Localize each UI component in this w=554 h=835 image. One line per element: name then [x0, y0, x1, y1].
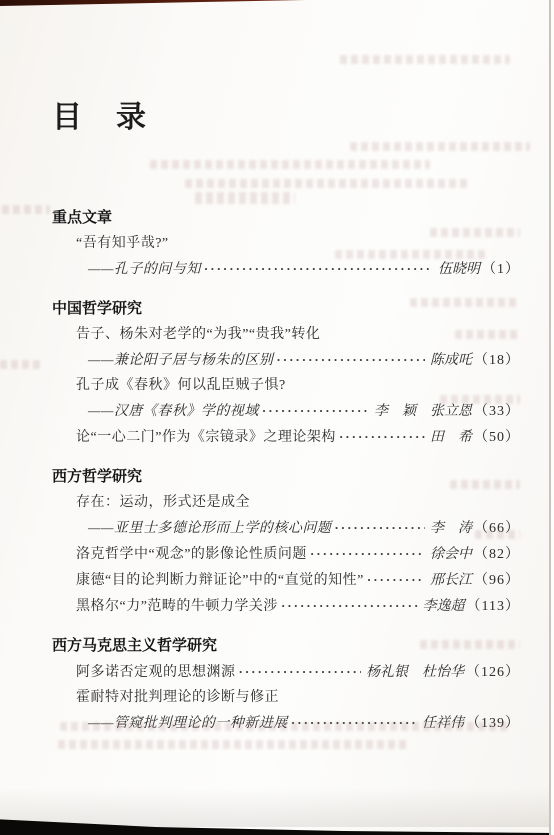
entry-title: ——兼论阳子居与杨朱的区别 [88, 348, 273, 373]
scanned-toc-page: 目 录 重点文章 “吾有知乎哉?” ——孔子的问与知 伍晓明 （1） 中国哲学研… [0, 0, 554, 835]
toc-entry: 霍耐特对批判理论的诊断与修正 [52, 685, 520, 710]
entry-title: ——汉唐《春秋》学的视域 [88, 399, 259, 424]
entry-title: ——管窥批判理论的一种新进展 [88, 711, 288, 736]
toc-entry: 孔子成《春秋》何以乱臣贼子惧? [52, 373, 520, 398]
page-edge-line [549, 0, 551, 835]
toc-entry: ——亚里士多德论形而上学的核心问题 李 涛 （66） [52, 515, 520, 541]
section-heading: 中国哲学研究 [52, 296, 520, 322]
entry-page-number: （96） [474, 568, 520, 593]
dot-leader [339, 424, 425, 450]
entry-page-number: （113） [467, 594, 520, 619]
bleedthrough-mark [185, 179, 470, 188]
toc-entry: ——兼论阳子居与杨朱的区别 陈成吒 （18） [52, 347, 520, 373]
entry-page-number: （139） [466, 711, 520, 736]
entry-authors: 徐会中 [430, 542, 472, 567]
dot-leader [262, 398, 369, 424]
entry-authors: 邢长江 [430, 568, 472, 593]
dot-leader [367, 567, 425, 593]
toc-entry: 洛克哲学中“观念”的影像论性质问题 徐会中 （82） [52, 541, 520, 567]
entry-title: ——亚里士多德论形而上学的核心问题 [88, 516, 331, 541]
toc-sections: 重点文章 “吾有知乎哉?” ——孔子的问与知 伍晓明 （1） 中国哲学研究 告子… [0, 205, 554, 736]
dot-leader [204, 256, 433, 282]
toc-entry: “吾有知乎哉?” [52, 231, 520, 256]
toc-entry: ——汉唐《春秋》学的视域 李 颖 张立恩 （33） [52, 398, 520, 424]
toc-entry: ——孔子的问与知 伍晓明 （1） [52, 256, 520, 282]
entry-title: 阿多诺否定观的思想渊源 [76, 660, 236, 685]
toc-section: 中国哲学研究 告子、杨朱对老学的“为我”“贵我”转化 ——兼论阳子居与杨朱的区别… [0, 296, 554, 450]
entry-page-number: （50） [474, 425, 520, 450]
toc-section: 重点文章 “吾有知乎哉?” ——孔子的问与知 伍晓明 （1） [0, 205, 554, 282]
toc-entry: 论“一心二门”作为《宗镜录》之理论架构 田 希 （50） [52, 424, 520, 450]
toc-entry: 康德“目的论判断力辩证论”中的“直觉的知性” 邢长江 （96） [52, 567, 520, 593]
toc-entry: 存在：运动，形式还是成全 [52, 490, 520, 515]
entry-page-number: （18） [474, 348, 520, 373]
section-entries: “吾有知乎哉?” ——孔子的问与知 伍晓明 （1） [52, 231, 520, 282]
entry-title: 洛克哲学中“观念”的影像论性质问题 [76, 542, 307, 567]
entry-authors: 田 希 [430, 425, 472, 450]
bleedthrough-mark [195, 192, 295, 204]
bleedthrough-mark [350, 142, 530, 151]
entry-page-number: （126） [466, 660, 520, 685]
toc-entry: 阿多诺否定观的思想渊源 杨礼银 杜怡华 （126） [52, 659, 520, 685]
dot-leader [276, 347, 425, 373]
toc-entry: ——管窥批判理论的一种新进展 任祥伟 （139） [52, 710, 520, 736]
bleedthrough-mark [150, 160, 430, 169]
section-heading: 重点文章 [52, 205, 520, 231]
entry-page-number: （82） [474, 542, 520, 567]
entry-authors: 李 颖 张立恩 [374, 399, 472, 424]
entry-title: 论“一心二门”作为《宗镜录》之理论架构 [76, 425, 336, 450]
entry-title: ——孔子的问与知 [88, 257, 201, 282]
dot-leader [310, 541, 425, 567]
section-entries: 阿多诺否定观的思想渊源 杨礼银 杜怡华 （126） 霍耐特对批判理论的诊断与修正… [52, 659, 520, 736]
entry-page-number: （1） [482, 257, 520, 282]
entry-title: 告子、杨朱对老学的“为我”“贵我”转化 [76, 322, 320, 347]
entry-title: “吾有知乎哉?” [76, 231, 169, 256]
toc-entry: 告子、杨朱对老学的“为我”“贵我”转化 [52, 322, 520, 347]
entry-authors: 杨礼银 杜怡华 [366, 660, 464, 685]
dot-leader [239, 659, 362, 685]
entry-authors: 任祥伟 [422, 711, 464, 736]
entry-authors: 陈成吒 [430, 348, 472, 373]
dot-leader [291, 710, 417, 736]
toc-section: 西方哲学研究 存在：运动，形式还是成全 ——亚里士多德论形而上学的核心问题 李 … [0, 464, 554, 619]
dot-leader [334, 515, 425, 541]
entry-title: 霍耐特对批判理论的诊断与修正 [76, 685, 279, 710]
entry-title: 存在：运动，形式还是成全 [76, 490, 250, 515]
entry-title: 黑格尔“力”范畴的牛顿力学关涉 [76, 594, 278, 619]
entry-authors: 李逸超 [423, 594, 465, 619]
toc-section: 西方马克思主义哲学研究 阿多诺否定观的思想渊源 杨礼银 杜怡华 （126） 霍耐… [0, 633, 554, 736]
entry-authors: 伍晓明 [438, 257, 480, 282]
entry-title: 康德“目的论判断力辩证论”中的“直觉的知性” [76, 568, 364, 593]
section-heading: 西方哲学研究 [52, 464, 520, 490]
page-title: 目 录 [0, 0, 554, 135]
entry-title: 孔子成《春秋》何以乱臣贼子惧? [76, 373, 286, 398]
section-heading: 西方马克思主义哲学研究 [52, 633, 520, 659]
page-bottom-shadow [0, 787, 554, 827]
entry-page-number: （66） [474, 516, 520, 541]
section-entries: 告子、杨朱对老学的“为我”“贵我”转化 ——兼论阳子居与杨朱的区别 陈成吒 （1… [52, 322, 520, 450]
dot-leader [281, 593, 418, 619]
bleedthrough-mark [58, 740, 408, 749]
section-entries: 存在：运动，形式还是成全 ——亚里士多德论形而上学的核心问题 李 涛 （66） … [52, 490, 520, 619]
entry-page-number: （33） [474, 399, 520, 424]
toc-entry: 黑格尔“力”范畴的牛顿力学关涉 李逸超 （113） [52, 593, 520, 619]
entry-authors: 李 涛 [430, 516, 472, 541]
